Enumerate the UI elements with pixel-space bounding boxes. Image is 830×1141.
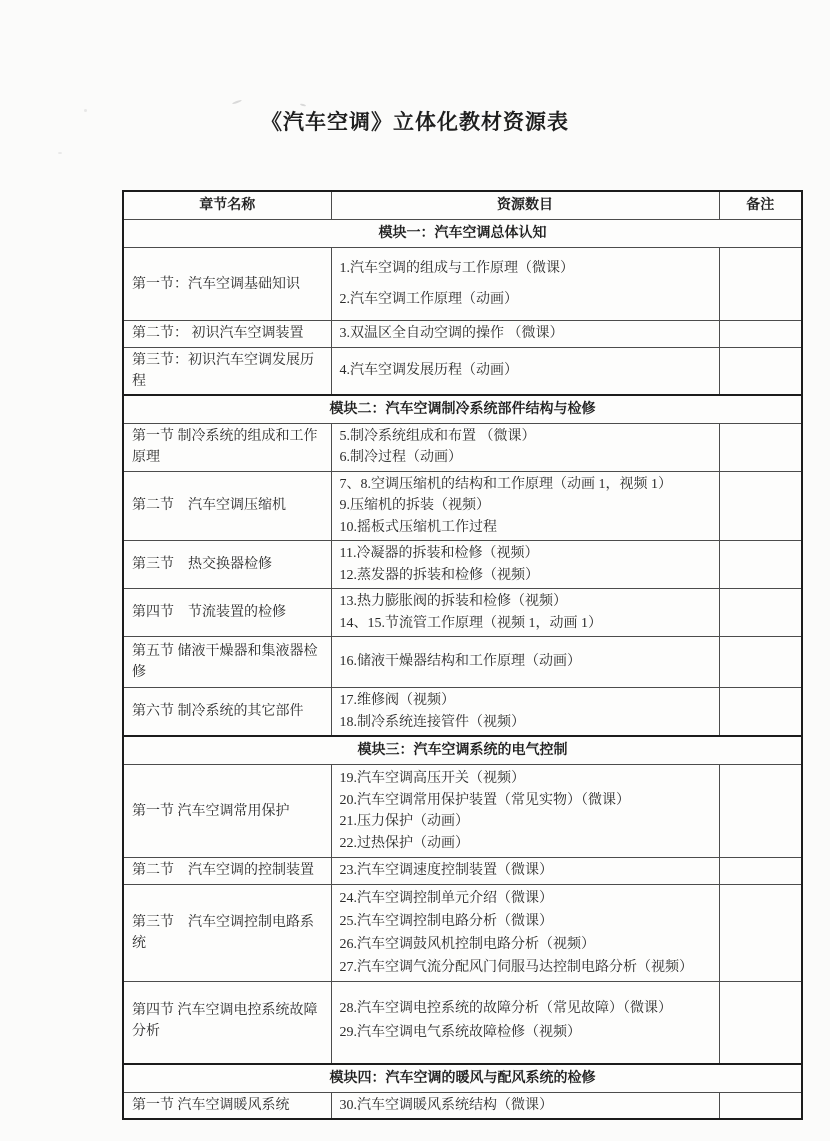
note-cell [719, 471, 802, 541]
module-header-row: 模块二：汽车空调制冷系统部件结构与检修 [123, 395, 802, 424]
note-cell [719, 321, 802, 348]
section-name-cell: 第一节 汽车空调常用保护 [123, 765, 331, 858]
table-row: 第五节 储液干燥器和集液器检修16.储液干燥器结构和工作原理（动画） [123, 637, 802, 688]
module-header-row: 模块四：汽车空调的暖风与配风系统的检修 [123, 1064, 802, 1093]
scan-smudge [58, 152, 62, 154]
section-name-cell: 第四节 汽车空调电控系统故障分析 [123, 981, 331, 1064]
resource-item: 13.热力膨胀阀的拆装和检修（视频） [340, 591, 711, 613]
note-cell [719, 884, 802, 981]
table-row: 第一节：汽车空调基础知识1.汽车空调的组成与工作原理（微课）2.汽车空调工作原理… [123, 248, 802, 321]
resource-item: 23.汽车空调速度控制装置（微课） [340, 860, 711, 882]
module-title: 模块一：汽车空调总体认知 [123, 220, 802, 248]
table-row: 第一节 制冷系统的组成和工作原理5.制冷系统组成和布置 （微课）6.制冷过程（动… [123, 423, 802, 471]
resources-cell: 16.储液干燥器结构和工作原理（动画） [331, 637, 719, 688]
scan-smudge [232, 99, 242, 104]
section-name-cell: 第三节 热交换器检修 [123, 541, 331, 589]
resource-item: 20.汽车空调常用保护装置（常见实物）（微课） [340, 790, 711, 812]
resources-cell: 5.制冷系统组成和布置 （微课）6.制冷过程（动画） [331, 423, 719, 471]
resource-item: 12.蒸发器的拆装和检修（视频） [340, 565, 711, 587]
resource-item: 18.制冷系统连接管件（视频） [340, 712, 711, 734]
resources-cell: 13.热力膨胀阀的拆装和检修（视频）14、15.节流管工作原理（视频 1，动画 … [331, 589, 719, 637]
resource-table-body: 模块一：汽车空调总体认知第一节：汽车空调基础知识1.汽车空调的组成与工作原理（微… [123, 220, 802, 1120]
resource-item: 27.汽车空调气流分配风门伺服马达控制电路分析（视频） [340, 956, 711, 979]
resources-cell: 19.汽车空调高压开关（视频）20.汽车空调常用保护装置（常见实物）（微课）21… [331, 765, 719, 858]
module-header-row: 模块三：汽车空调系统的电气控制 [123, 736, 802, 765]
table-row: 第二节 汽车空调的控制装置23.汽车空调速度控制装置（微课） [123, 858, 802, 885]
table-row: 第一节 汽车空调常用保护19.汽车空调高压开关（视频）20.汽车空调常用保护装置… [123, 765, 802, 858]
table-row: 第六节 制冷系统的其它部件17.维修阀（视频）18.制冷系统连接管件（视频） [123, 688, 802, 737]
resource-table: 章节名称 资源数目 备注 模块一：汽车空调总体认知第一节：汽车空调基础知识1.汽… [122, 190, 803, 1120]
resource-item: 6.制冷过程（动画） [340, 447, 711, 469]
resource-item: 7、8.空调压缩机的结构和工作原理（动画 1，视频 1） [340, 474, 711, 496]
resources-cell: 17.维修阀（视频）18.制冷系统连接管件（视频） [331, 688, 719, 737]
resources-cell: 4.汽车空调发展历程（动画） [331, 347, 719, 395]
resources-cell: 1.汽车空调的组成与工作原理（微课）2.汽车空调工作原理（动画） [331, 248, 719, 321]
resource-item: 14、15.节流管工作原理（视频 1，动画 1） [340, 613, 711, 635]
resource-item: 2.汽车空调工作原理（动画） [340, 284, 711, 315]
table-row: 第二节： 初识汽车空调装置3.双温区全自动空调的操作 （微课） [123, 321, 802, 348]
table-row: 第四节 节流装置的检修13.热力膨胀阀的拆装和检修（视频）14、15.节流管工作… [123, 589, 802, 637]
section-name-cell: 第二节 汽车空调的控制装置 [123, 858, 331, 885]
resource-item: 1.汽车空调的组成与工作原理（微课） [340, 253, 711, 284]
column-header-resources: 资源数目 [331, 191, 719, 220]
section-name-cell: 第一节：汽车空调基础知识 [123, 248, 331, 321]
resource-item: 26.汽车空调鼓风机控制电路分析（视频） [340, 933, 711, 956]
resource-item: 9.压缩机的拆装（视频） [340, 495, 711, 517]
section-name-cell: 第一节 汽车空调暖风系统 [123, 1092, 331, 1119]
table-header-row: 章节名称 资源数目 备注 [123, 191, 802, 220]
section-name-cell: 第三节：初识汽车空调发展历程 [123, 347, 331, 395]
note-cell [719, 858, 802, 885]
resources-cell: 11.冷凝器的拆装和检修（视频）12.蒸发器的拆装和检修（视频） [331, 541, 719, 589]
section-name-cell: 第三节 汽车空调控制电路系统 [123, 884, 331, 981]
note-cell [719, 688, 802, 737]
module-header-row: 模块一：汽车空调总体认知 [123, 220, 802, 248]
document-page: { "page": { "title": "《汽车空调》立体化教材资源表" },… [0, 0, 830, 1141]
table-row: 第一节 汽车空调暖风系统30.汽车空调暖风系统结构（微课） [123, 1092, 802, 1119]
table-row: 第四节 汽车空调电控系统故障分析28.汽车空调电控系统的故障分析（常见故障）（微… [123, 981, 802, 1064]
section-name-cell: 第二节： 初识汽车空调装置 [123, 321, 331, 348]
table-row: 第三节 汽车空调控制电路系统24.汽车空调控制单元介绍（微课）25.汽车空调控制… [123, 884, 802, 981]
note-cell [719, 1092, 802, 1119]
resource-item: 5.制冷系统组成和布置 （微课） [340, 426, 711, 448]
module-title: 模块三：汽车空调系统的电气控制 [123, 736, 802, 765]
resource-item: 29.汽车空调电气系统故障检修（视频） [340, 1021, 711, 1045]
note-cell [719, 423, 802, 471]
resource-item: 17.维修阀（视频） [340, 690, 711, 712]
resource-item: 19.汽车空调高压开关（视频） [340, 768, 711, 790]
note-cell [719, 248, 802, 321]
resource-item: 10.摇板式压缩机工作过程 [340, 517, 711, 539]
table-row: 第三节 热交换器检修11.冷凝器的拆装和检修（视频）12.蒸发器的拆装和检修（视… [123, 541, 802, 589]
note-cell [719, 765, 802, 858]
resource-item: 4.汽车空调发展历程（动画） [340, 360, 711, 382]
resource-item: 30.汽车空调暖风系统结构（微课） [340, 1095, 711, 1117]
resource-item: 21.压力保护（动画） [340, 811, 711, 833]
note-cell [719, 347, 802, 395]
note-cell [719, 637, 802, 688]
resource-item: 16.储液干燥器结构和工作原理（动画） [340, 651, 711, 673]
resources-cell: 23.汽车空调速度控制装置（微课） [331, 858, 719, 885]
table-row: 第三节：初识汽车空调发展历程4.汽车空调发展历程（动画） [123, 347, 802, 395]
resources-cell: 7、8.空调压缩机的结构和工作原理（动画 1，视频 1）9.压缩机的拆装（视频）… [331, 471, 719, 541]
resource-item: 11.冷凝器的拆装和检修（视频） [340, 543, 711, 565]
resource-item: 3.双温区全自动空调的操作 （微课） [340, 323, 711, 345]
module-title: 模块二：汽车空调制冷系统部件结构与检修 [123, 395, 802, 424]
column-header-note: 备注 [719, 191, 802, 220]
column-header-section: 章节名称 [123, 191, 331, 220]
note-cell [719, 981, 802, 1064]
resource-item: 25.汽车空调控制电路分析（微课） [340, 910, 711, 933]
resource-item: 24.汽车空调控制单元介绍（微课） [340, 887, 711, 910]
section-name-cell: 第四节 节流装置的检修 [123, 589, 331, 637]
page-title: 《汽车空调》立体化教材资源表 [0, 106, 830, 136]
resources-cell: 30.汽车空调暖风系统结构（微课） [331, 1092, 719, 1119]
section-name-cell: 第六节 制冷系统的其它部件 [123, 688, 331, 737]
table-row: 第二节 汽车空调压缩机7、8.空调压缩机的结构和工作原理（动画 1，视频 1）9… [123, 471, 802, 541]
note-cell [719, 589, 802, 637]
section-name-cell: 第一节 制冷系统的组成和工作原理 [123, 423, 331, 471]
resource-item: 22.过热保护（动画） [340, 833, 711, 855]
section-name-cell: 第二节 汽车空调压缩机 [123, 471, 331, 541]
note-cell [719, 541, 802, 589]
module-title: 模块四：汽车空调的暖风与配风系统的检修 [123, 1064, 802, 1093]
resources-cell: 28.汽车空调电控系统的故障分析（常见故障）（微课）29.汽车空调电气系统故障检… [331, 981, 719, 1064]
resources-cell: 3.双温区全自动空调的操作 （微课） [331, 321, 719, 348]
resource-item: 28.汽车空调电控系统的故障分析（常见故障）（微课） [340, 997, 711, 1021]
resources-cell: 24.汽车空调控制单元介绍（微课）25.汽车空调控制电路分析（微课）26.汽车空… [331, 884, 719, 981]
section-name-cell: 第五节 储液干燥器和集液器检修 [123, 637, 331, 688]
